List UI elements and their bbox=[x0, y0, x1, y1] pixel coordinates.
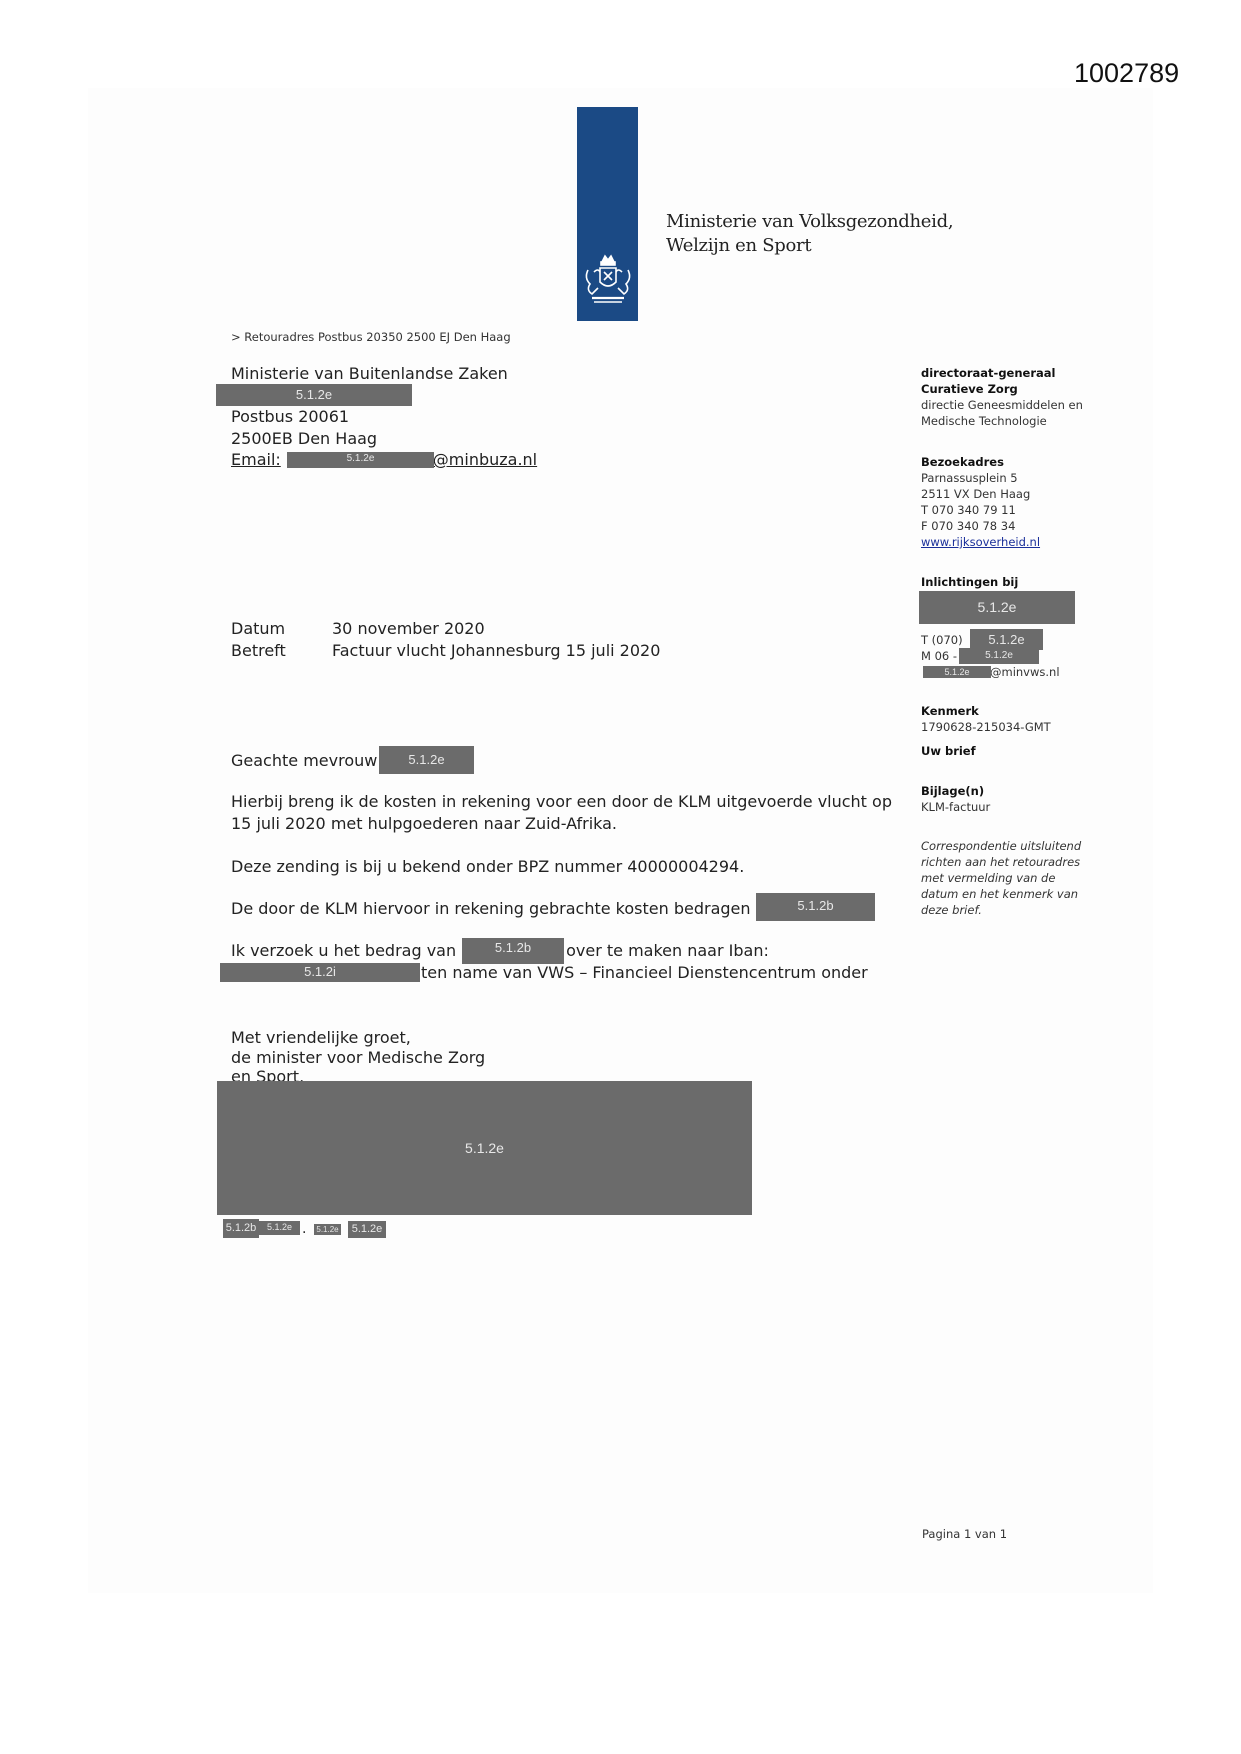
redaction-contact-email: 5.1.2e bbox=[923, 666, 991, 678]
paragraph-bpz-number: Deze zending is bij u bekend onder BPZ n… bbox=[231, 856, 744, 878]
closing-line1: Met vriendelijke groet, bbox=[231, 1028, 485, 1048]
org-line1: directoraat-generaal bbox=[921, 366, 1055, 380]
attachments-value: KLM-factuur bbox=[921, 799, 990, 815]
note-line3: met vermelding van de bbox=[921, 870, 1081, 886]
closing-line2: de minister voor Medische Zorg bbox=[231, 1048, 485, 1068]
page-number: Pagina 1 van 1 bbox=[922, 1527, 1007, 1541]
closing: Met vriendelijke groet, de minister voor… bbox=[231, 1028, 485, 1087]
sidebar-reference: Kenmerk 1790628-215034-GMT bbox=[921, 703, 1051, 735]
date-value: 30 november 2020 bbox=[332, 619, 485, 638]
visit-heading: Bezoekadres bbox=[921, 455, 1004, 469]
ministry-name-line1: Ministerie van Volksgezondheid, bbox=[666, 210, 953, 234]
redaction-recipient-email: 5.1.2e bbox=[287, 452, 434, 468]
recipient-organization: Ministerie van Buitenlandse Zaken bbox=[231, 363, 537, 385]
letter-meta: Datum30 november 2020 BetreftFactuur vlu… bbox=[231, 618, 660, 662]
note-line5: deze brief. bbox=[921, 902, 1081, 918]
email-label: Email: bbox=[231, 450, 281, 469]
ministry-name: Ministerie van Volksgezondheid, Welzijn … bbox=[666, 210, 953, 258]
attachments-heading: Bijlage(n) bbox=[921, 784, 984, 798]
sidebar-contact: Inlichtingen bij bbox=[921, 574, 1018, 590]
paragraph-costs: De door de KLM hiervoor in rekening gebr… bbox=[231, 898, 751, 920]
org-line2: Curatieve Zorg bbox=[921, 382, 1018, 396]
reference-value: 1790628-215034-GMT bbox=[921, 719, 1051, 735]
sidebar-correspondence-note: Correspondentie uitsluitend richten aan … bbox=[921, 838, 1081, 918]
note-line1: Correspondentie uitsluitend bbox=[921, 838, 1081, 854]
contact-phone-line: T (070) bbox=[921, 632, 963, 648]
contact-email-domain: @minvws.nl bbox=[990, 664, 1060, 680]
org-line4: Medische Technologie bbox=[921, 413, 1083, 429]
subject-label: Betreft bbox=[231, 640, 332, 662]
email-domain: @minbuza.nl bbox=[433, 450, 537, 469]
visit-fax: F 070 340 78 34 bbox=[921, 518, 1040, 534]
note-line2: richten aan het retouradres bbox=[921, 854, 1081, 870]
your-letter-heading: Uw brief bbox=[921, 744, 976, 758]
sidebar-organization: directoraat-generaal Curatieve Zorg dire… bbox=[921, 365, 1083, 429]
recipient-postbus: Postbus 20061 bbox=[231, 406, 537, 428]
transfer-text-end: over te maken naar Iban: bbox=[566, 941, 769, 960]
redaction-salutation-name: 5.1.2e bbox=[379, 746, 474, 774]
redaction-signature: 5.1.2e bbox=[217, 1081, 752, 1215]
website-link[interactable]: www.rijksoverheid.nl bbox=[921, 535, 1040, 549]
paragraph-iban-recipient: ten name van VWS – Financieel Dienstence… bbox=[421, 962, 868, 984]
date-label: Datum bbox=[231, 618, 332, 640]
contact-mobile-line: M 06 - bbox=[921, 648, 957, 664]
visit-city: 2511 VX Den Haag bbox=[921, 486, 1040, 502]
contact-phone-prefix: T (070) bbox=[921, 633, 963, 647]
royal-coat-of-arms-icon bbox=[580, 248, 636, 318]
redaction-contact-phone: 5.1.2e bbox=[970, 629, 1043, 650]
info-heading: Inlichtingen bij bbox=[921, 575, 1018, 589]
note-line4: datum en het kenmerk van bbox=[921, 886, 1081, 902]
org-line3: directie Geneesmiddelen en bbox=[921, 397, 1083, 413]
sidebar-attachments: Bijlage(n) KLM-factuur bbox=[921, 783, 990, 815]
document-id: 1002789 bbox=[1074, 58, 1179, 89]
redaction-contact-name: 5.1.2e bbox=[919, 591, 1075, 624]
transfer-text-start: Ik verzoek u het bedrag van bbox=[231, 941, 456, 960]
para1-line1: Hierbij breng ik de kosten in rekening v… bbox=[231, 791, 892, 813]
paragraph-invoice-intro: Hierbij breng ik de kosten in rekening v… bbox=[231, 791, 892, 835]
redaction-signatory-name-2: 5.1.2e bbox=[259, 1221, 300, 1235]
redaction-cost-amount: 5.1.2b bbox=[756, 893, 875, 921]
redaction-signatory-name-1: 5.1.2b bbox=[223, 1219, 259, 1238]
redaction-transfer-amount: 5.1.2b bbox=[462, 938, 564, 964]
reference-heading: Kenmerk bbox=[921, 704, 979, 718]
ministry-name-line2: Welzijn en Sport bbox=[666, 234, 953, 258]
signatory-name-dot: . bbox=[302, 1221, 306, 1237]
redaction-signatory-name-3: 5.1.2e bbox=[314, 1224, 341, 1235]
subject-value: Factuur vlucht Johannesburg 15 juli 2020 bbox=[332, 641, 660, 660]
return-address: > Retouradres Postbus 20350 2500 EJ Den … bbox=[231, 330, 511, 344]
redaction-iban: 5.1.2i bbox=[220, 963, 420, 982]
para1-line2: 15 juli 2020 met hulpgoederen naar Zuid-… bbox=[231, 813, 892, 835]
visit-phone: T 070 340 79 11 bbox=[921, 502, 1040, 518]
salutation: Geachte mevrouw bbox=[231, 750, 377, 772]
redaction-signatory-name-4: 5.1.2e bbox=[348, 1221, 386, 1238]
visit-street: Parnassusplein 5 bbox=[921, 470, 1040, 486]
redaction-recipient-name: 5.1.2e bbox=[216, 384, 412, 406]
sidebar-visit-address: Bezoekadres Parnassusplein 5 2511 VX Den… bbox=[921, 454, 1040, 550]
redaction-contact-mobile: 5.1.2e bbox=[959, 648, 1039, 664]
contact-mobile-prefix: M 06 - bbox=[921, 649, 957, 663]
sidebar-your-letter: Uw brief bbox=[921, 743, 976, 759]
salutation-text: Geachte mevrouw bbox=[231, 751, 377, 770]
recipient-city: 2500EB Den Haag bbox=[231, 428, 537, 450]
